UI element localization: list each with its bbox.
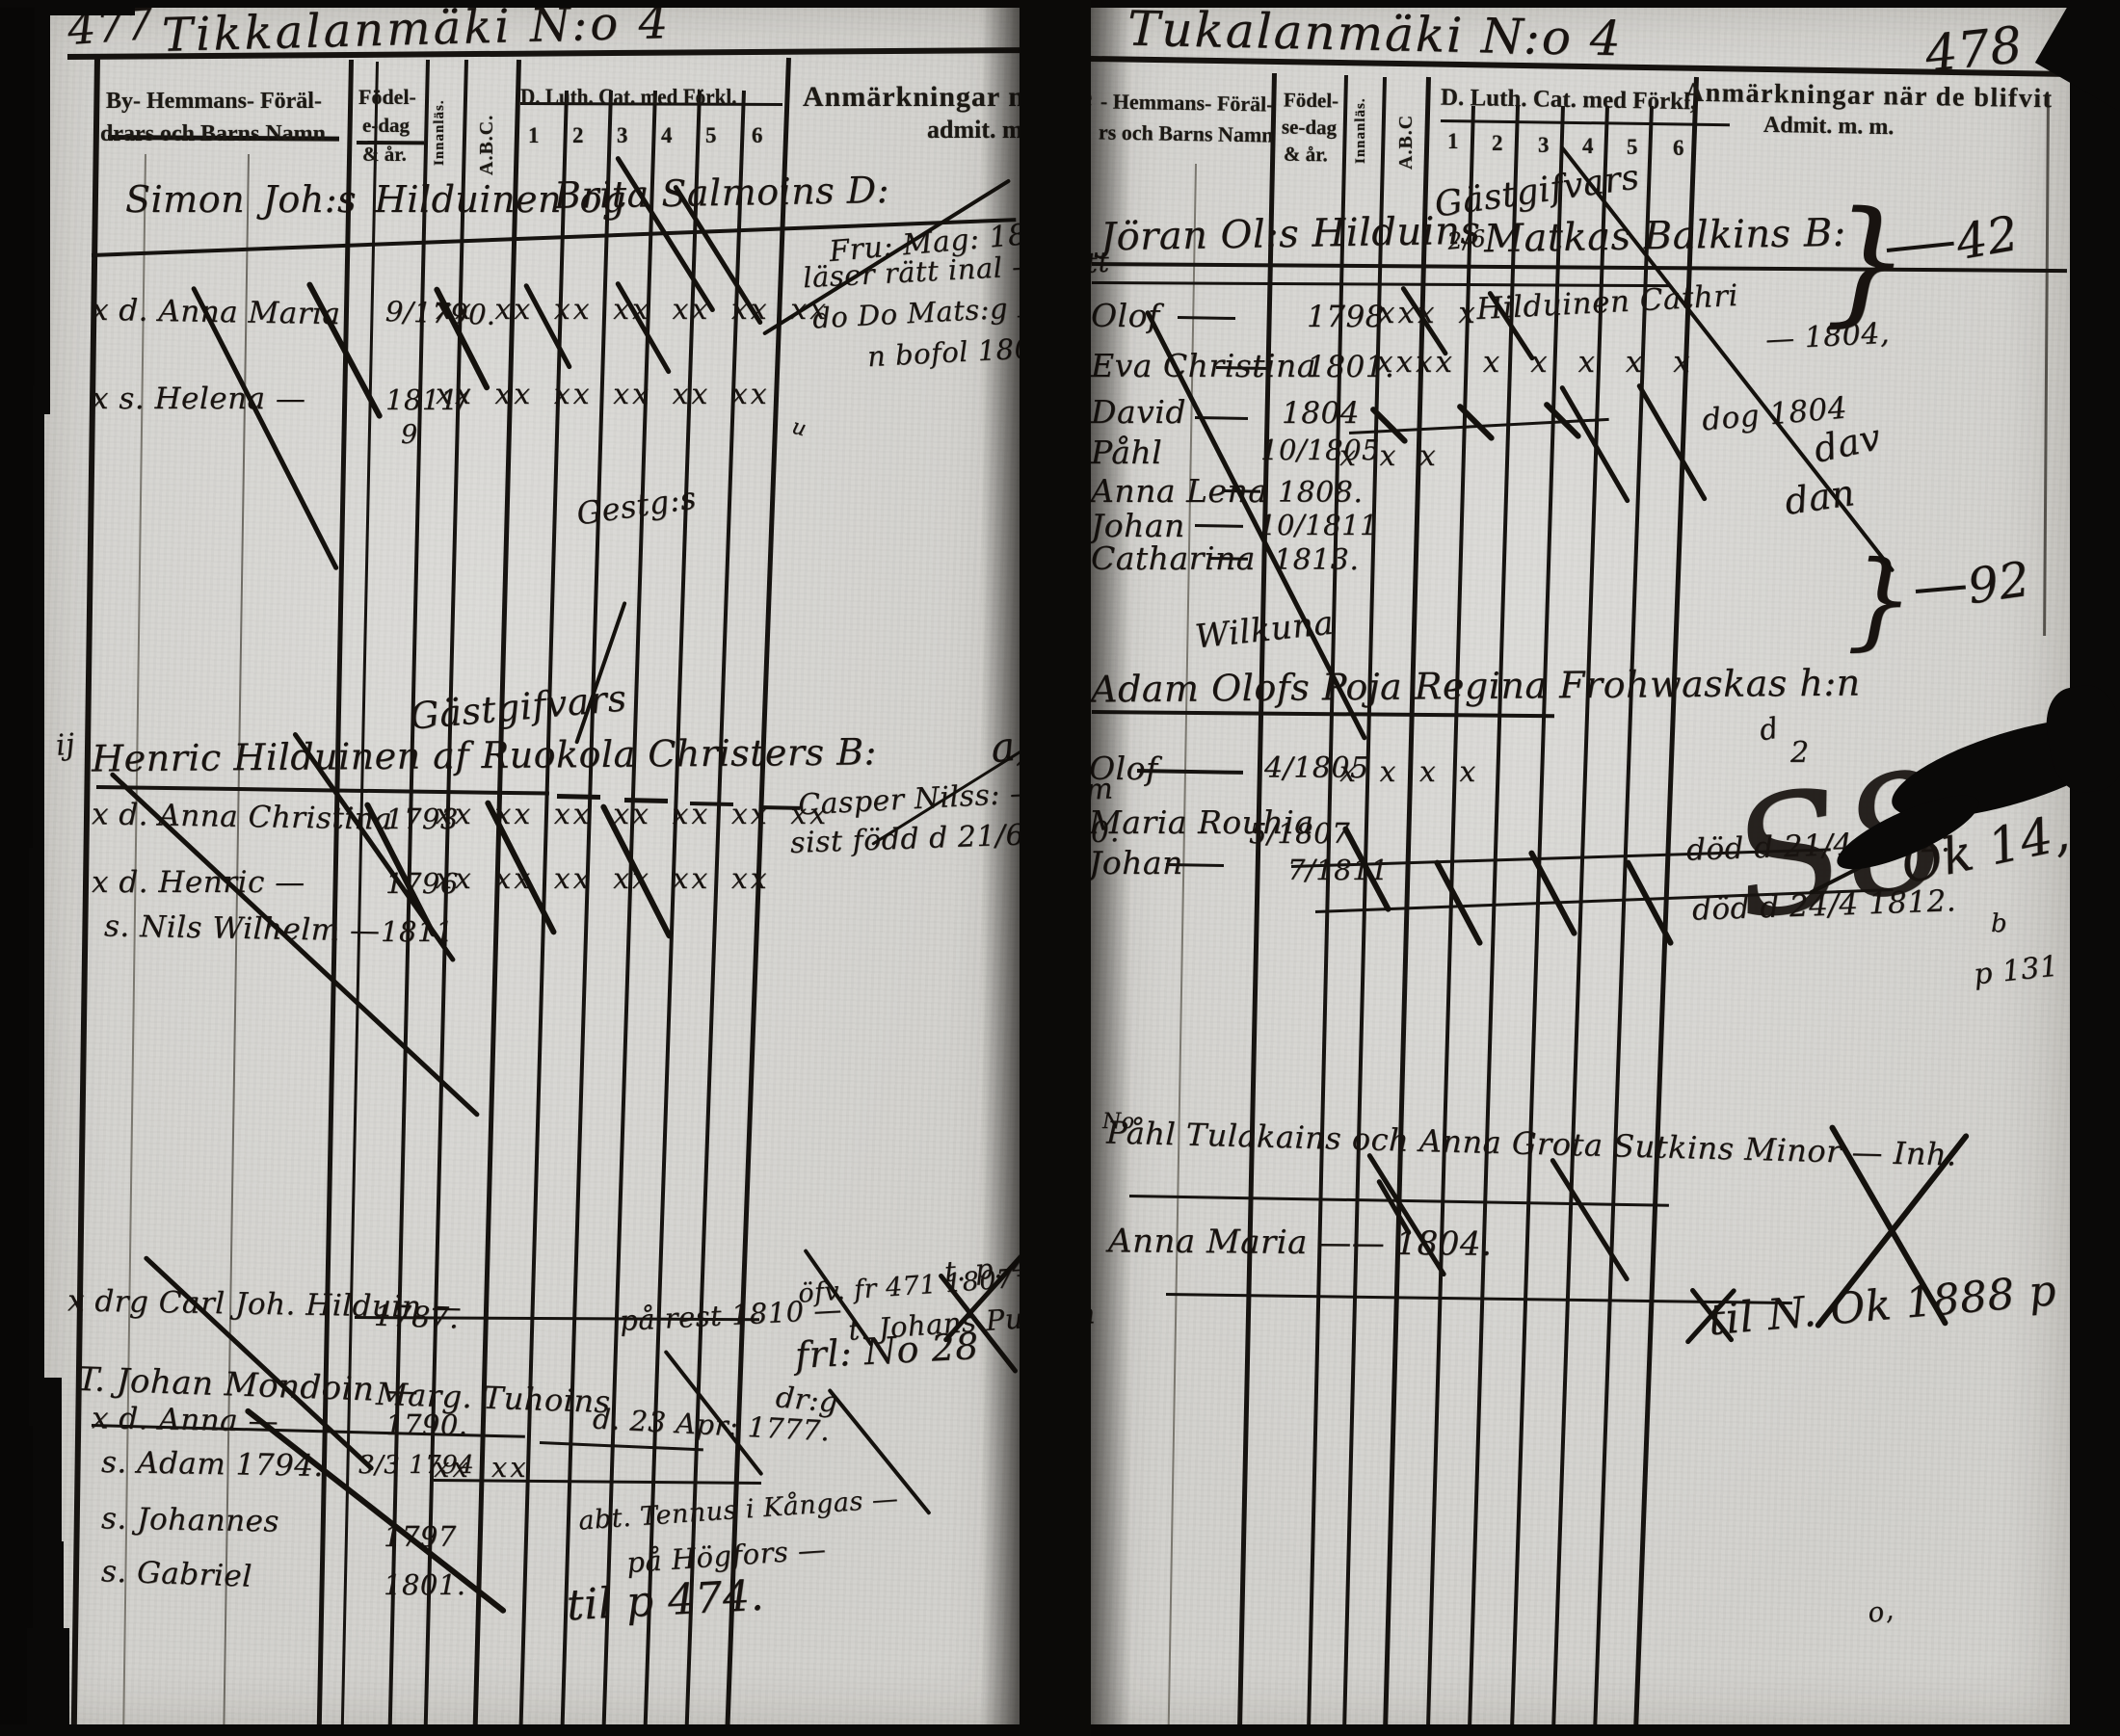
left-header-birth-line1: Födel- bbox=[358, 85, 416, 110]
right-header-remarks-line2: Admit. m. m. bbox=[1763, 113, 1895, 141]
child-row-name: x s. Helena — bbox=[92, 381, 305, 416]
left-header-abc-column: A.B.C. bbox=[476, 87, 498, 175]
family-head-name: Henric Hilduinen af Ruokola Christers B: bbox=[92, 730, 877, 779]
child-row-name: x d. Anna Maria bbox=[92, 293, 341, 332]
scan-frame-edge bbox=[29, 848, 44, 1426]
family-head-name: Adam Olofs Poja Regina Frohwaskas h:n bbox=[1091, 662, 1861, 711]
scanned-register-spread: 477 Tikkalanmäki N:o 4 By- Hemmans- Förä… bbox=[0, 0, 2120, 1736]
child-row-name: x d. Anna Christina bbox=[92, 797, 393, 836]
left-header-catechism-column: D. Luth. Cat. med Förkl. bbox=[520, 85, 737, 110]
child-row-name: x d. Anna — bbox=[92, 1401, 279, 1438]
left-subcol-1: 1 bbox=[528, 123, 540, 148]
scan-frame-edge bbox=[35, 0, 50, 414]
gutter-shadow-left bbox=[981, 0, 1020, 1736]
child-row-name: s. Gabriel bbox=[100, 1554, 252, 1593]
catechism-marks: xx xx xx xx xx xx bbox=[436, 862, 770, 896]
margin-number: 92 bbox=[1964, 551, 2033, 615]
left-header-reading-column: Innanläs. bbox=[432, 89, 448, 166]
catechism-marks: xx xx bbox=[434, 1451, 529, 1484]
family-head-spouse: Matkas Balkins B: bbox=[1484, 211, 1846, 262]
stray-mark: o, bbox=[1865, 1593, 1895, 1629]
scan-frame-edge bbox=[2070, 0, 2120, 1736]
right-header-birth-line3: & år. bbox=[1284, 143, 1328, 168]
family-head-fraction: 2/6 bbox=[1446, 224, 1487, 254]
right-subcol-2: 2 bbox=[1492, 131, 1503, 156]
left-header-names-line2: drars och Barns Namn bbox=[100, 121, 326, 147]
child-row-birthdate: 1790. bbox=[385, 1408, 468, 1441]
right-subcol-4: 4 bbox=[1582, 134, 1594, 159]
left-header-names-line1: By- Hemmans- Föräl- bbox=[106, 89, 322, 115]
family-head-name: Simon Joh:s Hilduinen og bbox=[125, 178, 626, 221]
left-subcol-3: 3 bbox=[617, 123, 628, 148]
margin-number: 42 bbox=[1951, 205, 2023, 271]
stray-mark: b bbox=[1991, 909, 2007, 938]
right-header-reading-column: Innanläs. bbox=[1353, 92, 1369, 164]
child-row-birthdate: 5/1807 bbox=[1249, 817, 1350, 850]
stray-mark: dr:g bbox=[775, 1381, 840, 1420]
right-page-number: 478 bbox=[1922, 16, 2025, 84]
page-reference-note: til p 474. bbox=[566, 1571, 765, 1631]
right-header-abc-column: A.B.C bbox=[1395, 89, 1418, 170]
gutter-shadow-right bbox=[1091, 0, 1131, 1736]
child-row-birthdate: 10/1811 bbox=[1259, 509, 1378, 541]
left-subcol-2: 2 bbox=[572, 123, 584, 148]
right-subcol-6: 6 bbox=[1673, 136, 1684, 161]
right-header-birth-line1: Födel- bbox=[1284, 89, 1339, 114]
right-header-catechism-column: D. Luth. Cat. med Förkl, bbox=[1441, 85, 1697, 117]
child-row-birthdate-denominator: 9 bbox=[401, 420, 418, 450]
child-row-name: s. Adam 1794. bbox=[101, 1445, 324, 1484]
family-head-name: Jöran Ol:s Hilduins bbox=[1100, 209, 1481, 260]
right-header-birth-line2: se-dag bbox=[1282, 116, 1338, 141]
left-subcol-6: 6 bbox=[752, 123, 763, 148]
right-page-title: Tukalanmäki N:o 4 bbox=[1126, 1, 1623, 67]
margin-lead-mark: ij bbox=[55, 727, 77, 763]
catechism-marks: x x x bbox=[1339, 439, 1439, 473]
book-gutter bbox=[1020, 0, 1091, 1736]
farmhand-row-birthdate: 1787. bbox=[373, 1299, 460, 1335]
margin-note: — 1804, bbox=[1764, 317, 1891, 357]
left-header-birth-line2: e-dag bbox=[362, 114, 410, 138]
scan-frame-edge bbox=[48, 0, 135, 15]
scan-frame-edge bbox=[44, 1541, 64, 1736]
right-subcol-5: 5 bbox=[1627, 135, 1638, 160]
right-subcol-1: 1 bbox=[1447, 129, 1459, 154]
child-row-name: s. Johannes bbox=[101, 1501, 279, 1539]
margin-brace: } bbox=[1824, 183, 1911, 340]
family-head-spouse: Brita Salmoins D: bbox=[554, 169, 890, 217]
scan-frame-edge bbox=[33, 385, 44, 886]
left-subcol-4: 4 bbox=[661, 123, 673, 148]
child-row-birthdate: 1808. bbox=[1278, 476, 1363, 510]
catechism-marks: x x x x bbox=[1339, 755, 1478, 789]
child-row-name: s. Nils Wilhelm — bbox=[104, 909, 381, 949]
right-header-remarks-line1: Anmärkningar när de blifvit bbox=[1684, 78, 2054, 116]
child-row-name: x d. Henric — bbox=[92, 865, 305, 900]
child-row-birthdate: 1813. bbox=[1274, 543, 1359, 577]
child-row-birthdate: 1798 bbox=[1307, 300, 1385, 334]
catechism-marks: xxxx x x x x x bbox=[1376, 345, 1693, 380]
left-header-birth-line3: & år. bbox=[362, 143, 407, 167]
child-row-birthdate: 1804 bbox=[1282, 396, 1360, 431]
left-subcol-5: 5 bbox=[705, 123, 717, 148]
right-subcol-3: 3 bbox=[1538, 133, 1550, 158]
